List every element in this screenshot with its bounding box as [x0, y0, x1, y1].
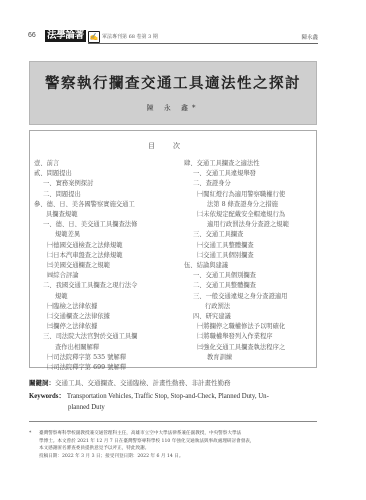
- toc-item: 二、我國交通工具攔查之現行法令: [34, 281, 179, 291]
- toc-item: 一、交通工具個別攔查: [184, 271, 314, 281]
- section-divider: [29, 421, 317, 422]
- keywords-chinese-label: 關鍵詞：: [29, 379, 55, 387]
- toc-item: 一、實務案例探討: [34, 179, 179, 189]
- toc-item: 法第 8 條查證身分之措施: [184, 200, 314, 210]
- toc-item: 規範差異: [34, 230, 179, 240]
- footnote-line: 學博士。本文曾於 2021 年 12 月 7 日在臺灣警察專科學校 110 年強…: [39, 438, 319, 446]
- toc-item: ㈠將攔停之職權修法予以明確化: [184, 322, 314, 332]
- table-of-contents: 目次 壹、前言 貳、問題提出 一、實務案例探討 二、問題提出 參、德、日、美各國…: [29, 130, 317, 368]
- article-author: 陳 永 鑫*: [30, 103, 316, 113]
- footnote-line: 投稿日期：2022 年 3 月 3 日；接受刊登日期：2022 年 6 月 14…: [39, 453, 319, 461]
- toc-item: ㈡未依規定配戴安全帽違規行為: [184, 210, 314, 220]
- toc-item: 二、問題提出: [34, 190, 179, 200]
- keywords-english-text-line1: Transportation Vehicles, Traffic Stop, S…: [67, 393, 269, 400]
- toc-item: 教育訓練: [184, 353, 314, 363]
- toc-item: 查作出相關解釋: [34, 343, 179, 353]
- toc-item: 二、交通工具整體攔查: [184, 281, 314, 291]
- pen-icon: ✍: [88, 31, 100, 43]
- footnote-line: 本文感謝匿名審查委員提供意見予以斧正，特此致謝。: [39, 445, 319, 453]
- footnote-line: 臺灣警察專科學校副教授兼交通管理科主任，高雄市立空中大學法律系兼任副教授，中央警…: [39, 430, 319, 438]
- toc-item: 一、交通工具違規舉發: [184, 169, 314, 179]
- title-block: 警察執行攔查交通工具適法性之探討 陳 永 鑫*: [29, 61, 317, 125]
- toc-item: ㈠臨檢之法律依據: [34, 302, 179, 312]
- toc-heading: 目次: [30, 141, 316, 151]
- toc-item: 適用行政罰法身分查證之規範: [184, 220, 314, 230]
- toc-item: 四、研究建議: [184, 312, 314, 322]
- toc-item: ㈡日本汽車盤查之法條規範: [34, 251, 179, 261]
- page-number: 66: [28, 32, 36, 39]
- running-author: 陳永鑫: [301, 33, 318, 41]
- toc-item: ㈠闖紅燈行為適用警察職權行使: [184, 190, 314, 200]
- toc-item: ㈠交通工具整體攔查: [184, 241, 314, 251]
- toc-item: 三、一般交通違規之身分查證適用: [184, 292, 314, 302]
- toc-item: 壹、前言: [34, 159, 179, 169]
- header-rule: [88, 43, 318, 44]
- keywords-english-label: Keywords：: [29, 393, 65, 400]
- toc-item: 參、德、日、美各國警察實施交通工: [34, 200, 179, 210]
- journal-section-logo: 法學論著: [45, 30, 86, 42]
- toc-item: 伍、結論與建議: [184, 261, 314, 271]
- toc-item: ㈠司法院釋字第 535 號解釋: [34, 353, 179, 363]
- toc-item: 肆、交通工具攔查之適法性: [184, 159, 314, 169]
- toc-item: 二、查證身分: [184, 179, 314, 189]
- toc-item: ㈡交通工具個別攔查: [184, 251, 314, 261]
- toc-item: 三、交通工具攔查: [184, 230, 314, 240]
- toc-item: ㈠德國交通檢查之法條規範: [34, 241, 179, 251]
- toc-item: 一、德、日、美交通工具攔查法條: [34, 220, 179, 230]
- toc-right-column: 肆、交通工具攔查之適法性 一、交通工具違規舉發 二、查證身分 ㈠闖紅燈行為適用警…: [184, 159, 314, 363]
- toc-item: 貳、問題提出: [34, 169, 179, 179]
- toc-left-column: 壹、前言 貳、問題提出 一、實務案例探討 二、問題提出 參、德、日、美各國警察實…: [34, 159, 179, 373]
- toc-item: ㈡司法院釋字第 699 號解釋: [34, 363, 179, 373]
- toc-item: ㈢美國交通欄查之規範: [34, 261, 179, 271]
- toc-item: ㈣綜合評論: [34, 271, 179, 281]
- running-header: 66 法學論著 ✍ 軍法專刊第 68 卷第 3 期 陳永鑫: [28, 30, 318, 44]
- keywords-chinese-text: 交通工具、交通攔查、交通臨檢、計畫性勤務、非計畫性勤務: [55, 379, 231, 387]
- journal-issue: 軍法專刊第 68 卷第 3 期: [102, 33, 158, 40]
- toc-item: ㈢攔停之法律依據: [34, 322, 179, 332]
- toc-item: 三、司法院大法官對於交通工具攔: [34, 332, 179, 342]
- author-footnote: * 臺灣警察專科學校副教授兼交通管理科主任，高雄市立空中大學法律系兼任副教授，中…: [29, 430, 319, 460]
- article-title: 警察執行攔查交通工具適法性之探討: [30, 72, 316, 93]
- toc-item: 具攔查規範: [34, 210, 179, 220]
- toc-item: 規範: [34, 292, 179, 302]
- toc-item: ㈡將職權舉發列入作業程序: [184, 332, 314, 342]
- toc-item: ㈢強化交通工具攔查執法程序之: [184, 343, 314, 353]
- keywords-chinese: 關鍵詞：交通工具、交通攔查、交通臨檢、計畫性勤務、非計畫性勤務: [29, 378, 231, 387]
- toc-item: 行政罰法: [184, 302, 314, 312]
- footnote-mark: *: [29, 430, 31, 438]
- keywords-english: Keywords： Transportation Vehicles, Traff…: [29, 391, 319, 413]
- keywords-english-text-line2: planned Duty: [29, 402, 319, 413]
- toc-item: ㈡交通欄查之法律依據: [34, 312, 179, 322]
